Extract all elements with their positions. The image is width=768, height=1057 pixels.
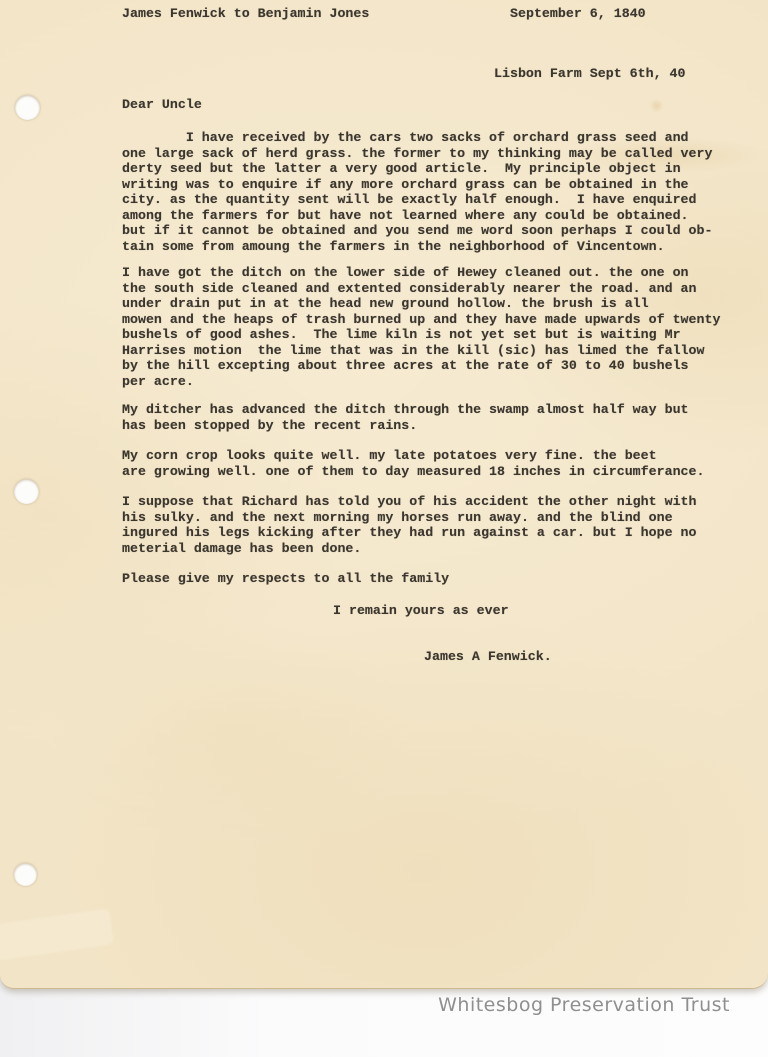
punch-hole-bottom (14, 863, 37, 886)
paragraph-respects-to-family: Please give my respects to all the famil… (122, 571, 449, 587)
paragraph-orchard-grass-seed: I have received by the cars two sacks of… (122, 130, 712, 254)
letter-paper: James Fenwick to Benjamin Jones Septembe… (0, 0, 768, 989)
paragraph-richard-accident: I suppose that Richard has told you of h… (122, 494, 697, 556)
letter-dateline: Lisbon Farm Sept 6th, 40 (494, 66, 686, 82)
paragraph-ditch-and-lime-kiln: I have got the ditch on the lower side o… (122, 265, 720, 389)
scan-footer: Whitesbog Preservation Trust (0, 988, 768, 1057)
paragraph-ditcher-swamp: My ditcher has advanced the ditch throug… (122, 402, 689, 433)
punch-hole-top (15, 95, 40, 120)
watermark-label: Whitesbog Preservation Trust (438, 994, 730, 1016)
attribution-line: James Fenwick to Benjamin Jones (122, 6, 369, 22)
salutation: Dear Uncle (122, 97, 202, 113)
under-sheet-corner (0, 908, 114, 963)
paragraph-corn-crop: My corn crop looks quite well. my late p… (122, 448, 705, 479)
closing-line: I remain yours as ever (333, 603, 509, 619)
signature-line: James A Fenwick. (424, 649, 552, 665)
punch-hole-middle (14, 479, 39, 504)
letter-date: September 6, 1840 (510, 6, 646, 22)
scanned-letter-page: James Fenwick to Benjamin Jones Septembe… (0, 0, 768, 1057)
